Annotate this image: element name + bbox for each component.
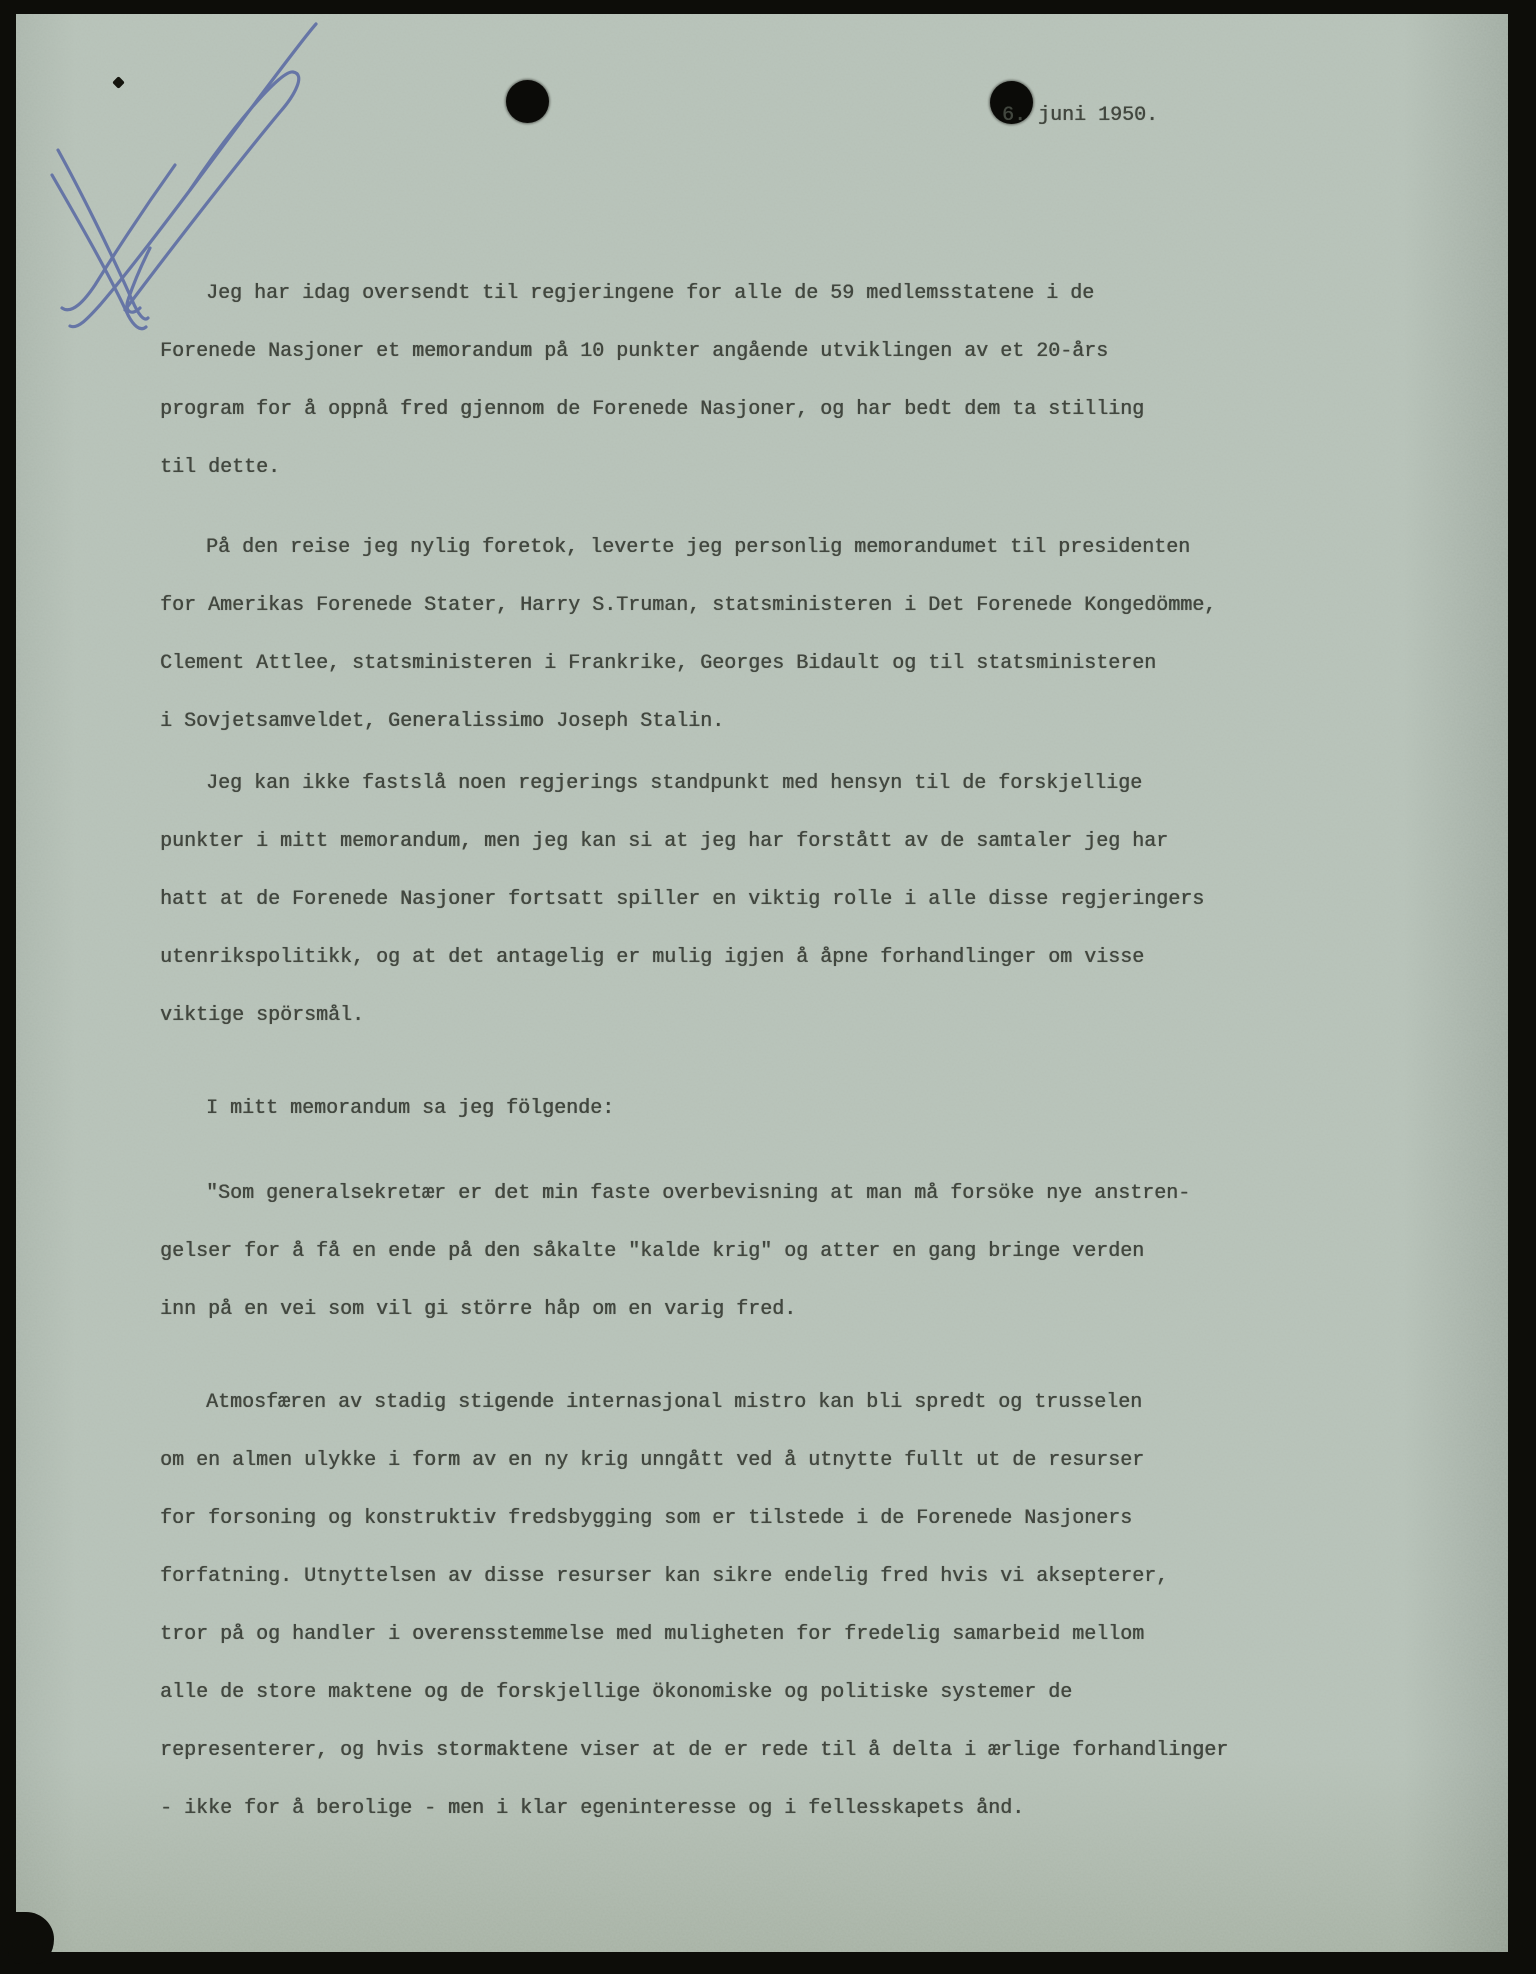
paragraph: På den reise jeg nylig foretok, leverte … <box>160 519 1250 751</box>
text-line: punkter i mitt memorandum, men jeg kan s… <box>160 813 1250 871</box>
text-line: forfatning. Utnyttelsen av disse resurse… <box>160 1548 1250 1606</box>
text-line: program for å oppnå fred gjennom de Fore… <box>160 381 1250 439</box>
paragraph: I mitt memorandum sa jeg fölgende: <box>160 1080 1250 1138</box>
text-line: representerer, og hvis stormaktene viser… <box>160 1722 1250 1780</box>
text-line: Atmosfæren av stadig stigende internasjo… <box>160 1374 1250 1432</box>
text-line: "Som generalsekretær er det min faste ov… <box>160 1165 1250 1223</box>
text-line: På den reise jeg nylig foretok, leverte … <box>160 519 1250 577</box>
text-line: viktige spörsmål. <box>160 987 1250 1045</box>
text-line: Jeg kan ikke fastslå noen regjerings sta… <box>160 755 1250 813</box>
text-line: utenrikspolitikk, og at det antagelig er… <box>160 929 1250 987</box>
text-line: Forenede Nasjoner et memorandum på 10 pu… <box>160 323 1250 381</box>
text-line: alle de store maktene og de forskjellige… <box>160 1664 1250 1722</box>
text-line: for Amerikas Forenede Stater, Harry S.Tr… <box>160 577 1250 635</box>
paragraph: Jeg kan ikke fastslå noen regjerings sta… <box>160 755 1250 1045</box>
text-line: i Sovjetsamveldet, Generalissimo Joseph … <box>160 693 1250 751</box>
ink-speck <box>112 76 125 89</box>
letter-body: Jeg har idag oversendt til regjeringene … <box>160 265 1250 1838</box>
paragraph: "Som generalsekretær er det min faste ov… <box>160 1165 1250 1339</box>
date-line: 6. juni 1950. <box>1002 96 1158 136</box>
paragraph: Atmosfæren av stadig stigende internasjo… <box>160 1374 1250 1838</box>
text-line: for forsoning og konstruktiv fredsbyggin… <box>160 1490 1250 1548</box>
text-line: om en almen ulykke i form av en ny krig … <box>160 1432 1250 1490</box>
text-line: - ikke for å berolige - men i klar egeni… <box>160 1780 1250 1838</box>
text-line: hatt at de Forenede Nasjoner fortsatt sp… <box>160 871 1250 929</box>
text-line: inn på en vei som vil gi större håp om e… <box>160 1281 1250 1339</box>
text-line: tror på og handler i overensstemmelse me… <box>160 1606 1250 1664</box>
text-line: Clement Attlee, statsministeren i Frankr… <box>160 635 1250 693</box>
hole-punch-left <box>506 80 549 123</box>
text-line: til dette. <box>160 439 1250 497</box>
scanned-document-page: { "doc": { "date": "6. juni 1950.", "par… <box>0 0 1536 1974</box>
paragraph: Jeg har idag oversendt til regjeringene … <box>160 265 1250 497</box>
paper-sheet: 6. juni 1950. Jeg har idag oversendt til… <box>16 14 1508 1952</box>
text-line: I mitt memorandum sa jeg fölgende: <box>160 1080 1250 1138</box>
text-line: Jeg har idag oversendt til regjeringene … <box>160 265 1250 323</box>
text-line: gelser for å få en ende på den såkalte "… <box>160 1223 1250 1281</box>
